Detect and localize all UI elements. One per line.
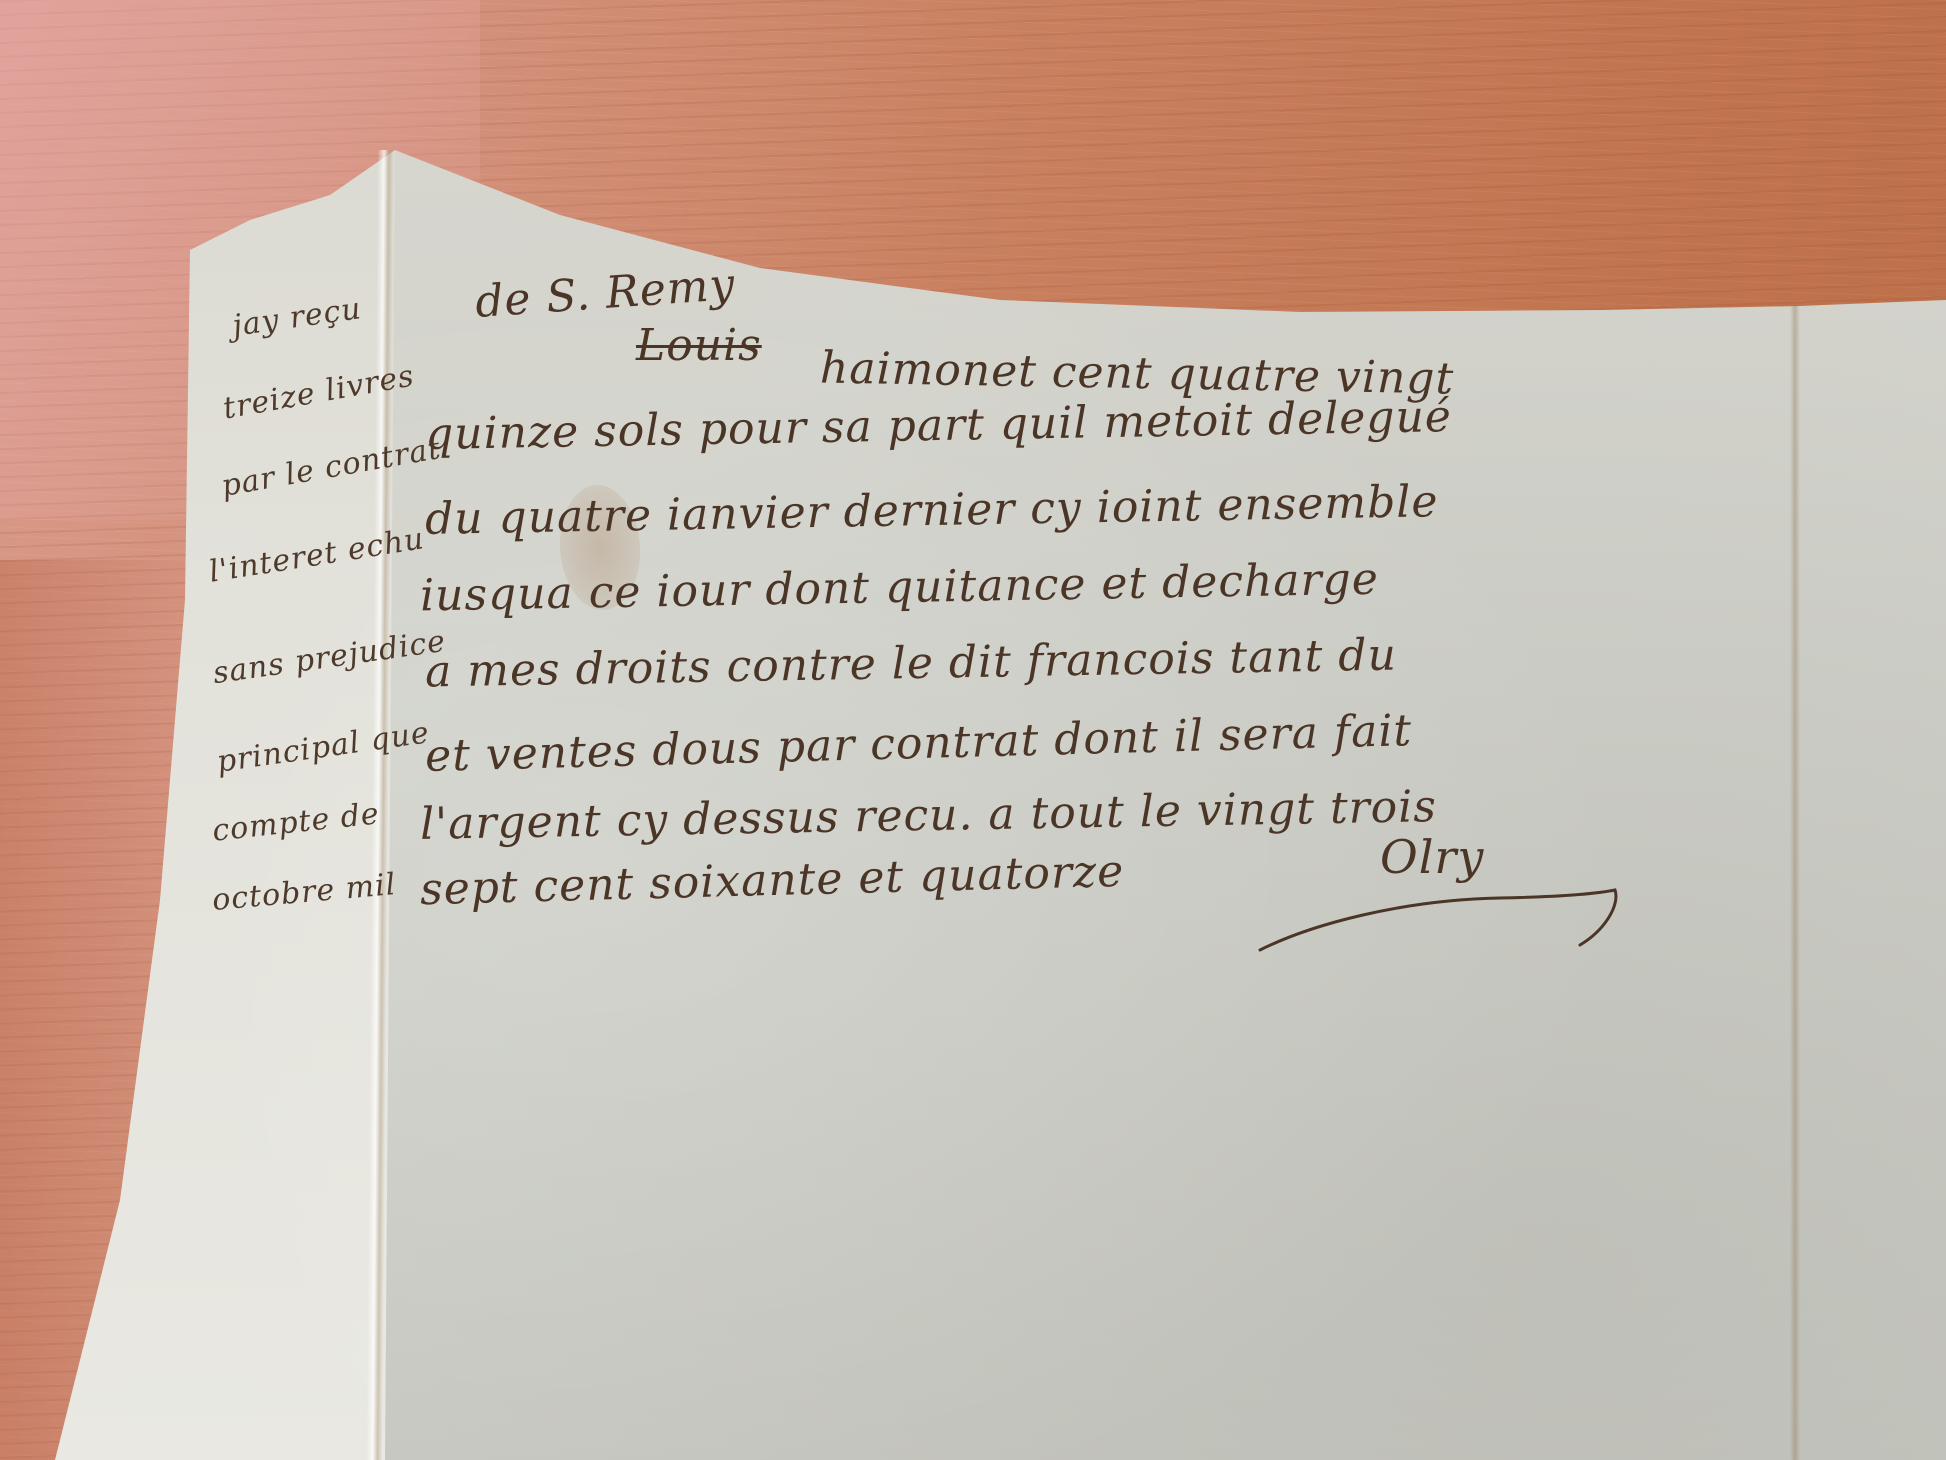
signature-flourish-icon [1250,870,1630,960]
right-fold-crease [1790,305,1800,1460]
parchment-document: jay reçu treize livres par le contrat l'… [0,0,1946,1460]
handwritten-struck-word: Louis [636,320,762,371]
